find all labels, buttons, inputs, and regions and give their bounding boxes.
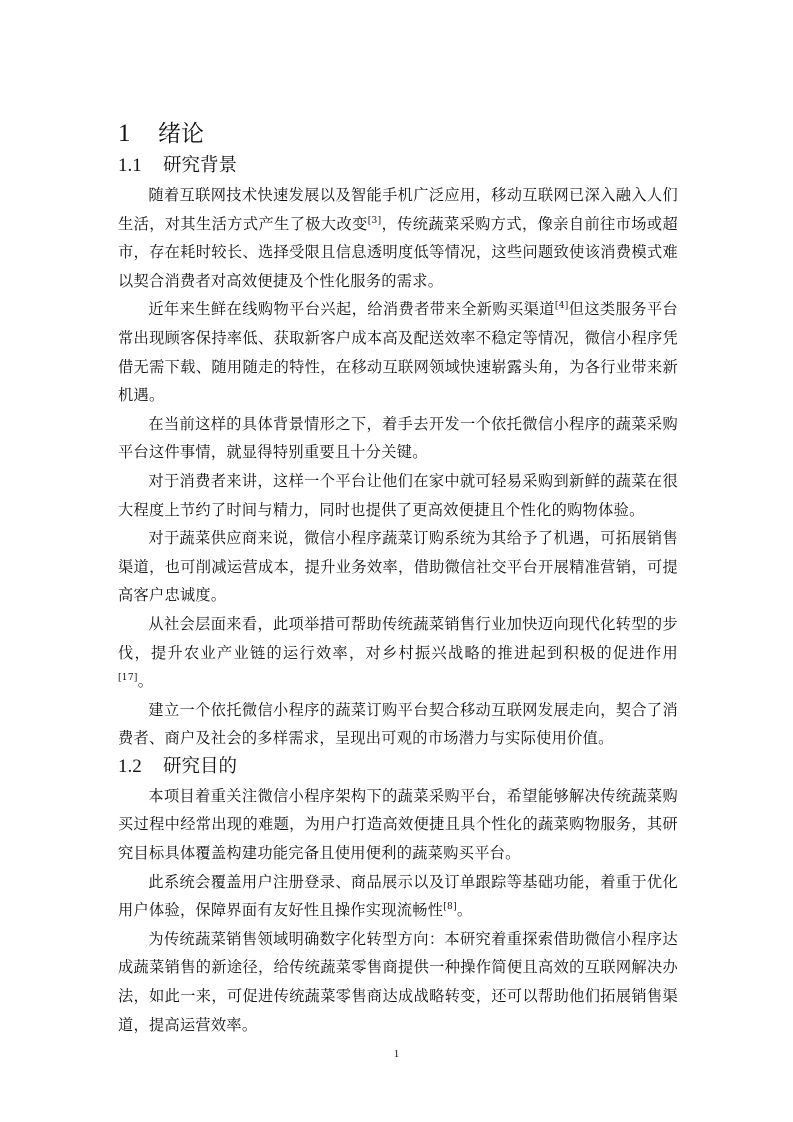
chapter-number: 1 — [118, 118, 158, 150]
chapter-title: 绪论 — [158, 121, 204, 147]
chapter-heading: 1绪论 — [118, 118, 678, 152]
paragraph: 建立一个依托微信小程序的蔬菜订购平台契合移动互联网发展走向，契合了消费者、商户及… — [118, 696, 678, 753]
paragraph: 近年来生鲜在线购物平台兴起，给消费者带来全新购买渠道[4]但这类服务平台常出现顾… — [118, 295, 678, 409]
section-number: 1.2 — [118, 753, 163, 781]
document-page: 1绪论 1.1研究背景 随着互联网技术快速发展以及智能手机广泛应用，移动互联网已… — [118, 118, 678, 1039]
page-number: 1 — [0, 1048, 793, 1060]
citation: [8] — [443, 902, 457, 912]
paragraph: 本项目着重关注微信小程序架构下的蔬菜采购平台，希望能够解决传统蔬菜购买过程中经常… — [118, 782, 678, 868]
section-number: 1.1 — [118, 152, 163, 180]
section-heading: 1.1研究背景 — [118, 152, 678, 180]
citation: [4] — [555, 301, 569, 311]
paragraph: 对于蔬菜供应商来说，微信小程序蔬菜订购系统为其给予了机遇，可拓展销售渠道，也可削… — [118, 524, 678, 610]
paragraph: 对于消费者来讲，这样一个平台让他们在家中就可轻易采购到新鲜的蔬菜在很大程度上节约… — [118, 467, 678, 524]
section-title: 研究背景 — [163, 155, 237, 176]
section-heading: 1.2研究目的 — [118, 753, 678, 781]
paragraph: 在当前这样的具体背景情形之下，着手去开发一个依托微信小程序的蔬菜采购平台这件事情… — [118, 410, 678, 467]
paragraph: 为传统蔬菜销售领域明确数字化转型方向：本研究着重探索借助微信小程序达成蔬菜销售的… — [118, 925, 678, 1039]
citation: [3] — [368, 216, 382, 226]
paragraph: 随着互联网技术快速发展以及智能手机广泛应用，移动互联网已深入融入人们生活，对其生… — [118, 181, 678, 295]
paragraph: 此系统会覆盖用户注册登录、商品展示以及订单跟踪等基础功能，着重于优化用户体验，保… — [118, 868, 678, 925]
paragraph: 从社会层面来看，此项举措可帮助传统蔬菜销售行业加快迈向现代化转型的步伐，提升农业… — [118, 610, 678, 696]
citation: [17] — [118, 673, 138, 683]
section-title: 研究目的 — [163, 756, 237, 777]
